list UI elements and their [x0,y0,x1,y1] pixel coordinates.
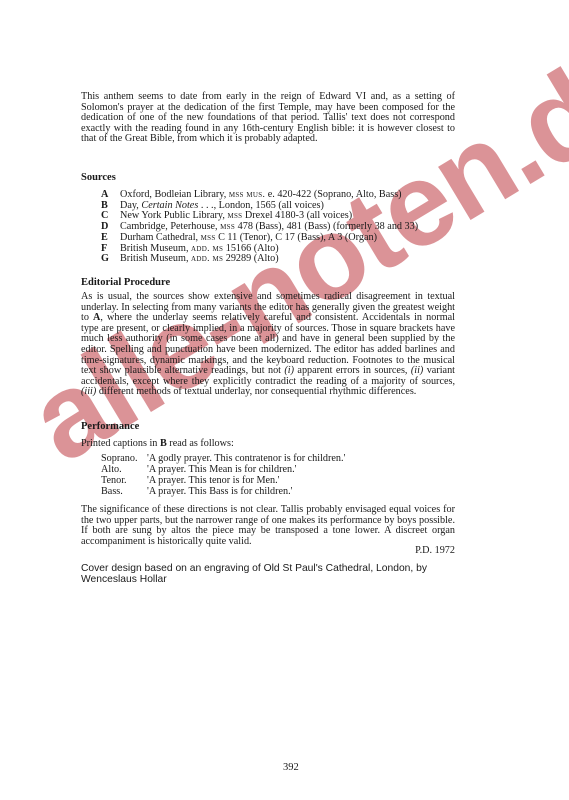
intro-paragraph: This anthem seems to date from early in … [81,92,455,145]
source-letter: G [101,254,120,265]
page-number: 392 [283,762,299,773]
source-item: EDurham Cathedral, mss C 11 (Tenor), C 1… [101,233,461,244]
performance-heading: Performance [81,421,139,432]
sources-heading: Sources [81,172,116,183]
source-text: Durham Cathedral, mss C 11 (Tenor), C 17… [120,233,377,244]
signature: P.D. 1972 [415,545,455,556]
performance-intro: Printed captions in B read as follows: [81,438,234,449]
source-text: British Museum, add. ms 29289 (Alto) [120,254,279,265]
caption-item: Bass.'A prayer. This Bass is for childre… [101,487,345,498]
caption-voice: Bass. [101,487,147,498]
caption-text: 'A prayer. This Bass is for children.' [147,487,293,498]
sources-list: AOxford, Bodleian Library, mss mus. e. 4… [101,190,461,265]
captions-list: Soprano.'A godly prayer. This contrateno… [101,454,345,498]
cover-credit: Cover design based on an engraving of Ol… [81,564,455,585]
significance-paragraph: The significance of these directions is … [81,505,455,547]
editorial-paragraph: As is usual, the sources show extensive … [81,292,455,398]
source-letter: E [101,233,120,244]
editorial-heading: Editorial Procedure [81,277,170,288]
source-item: GBritish Museum, add. ms 29289 (Alto) [101,254,461,265]
